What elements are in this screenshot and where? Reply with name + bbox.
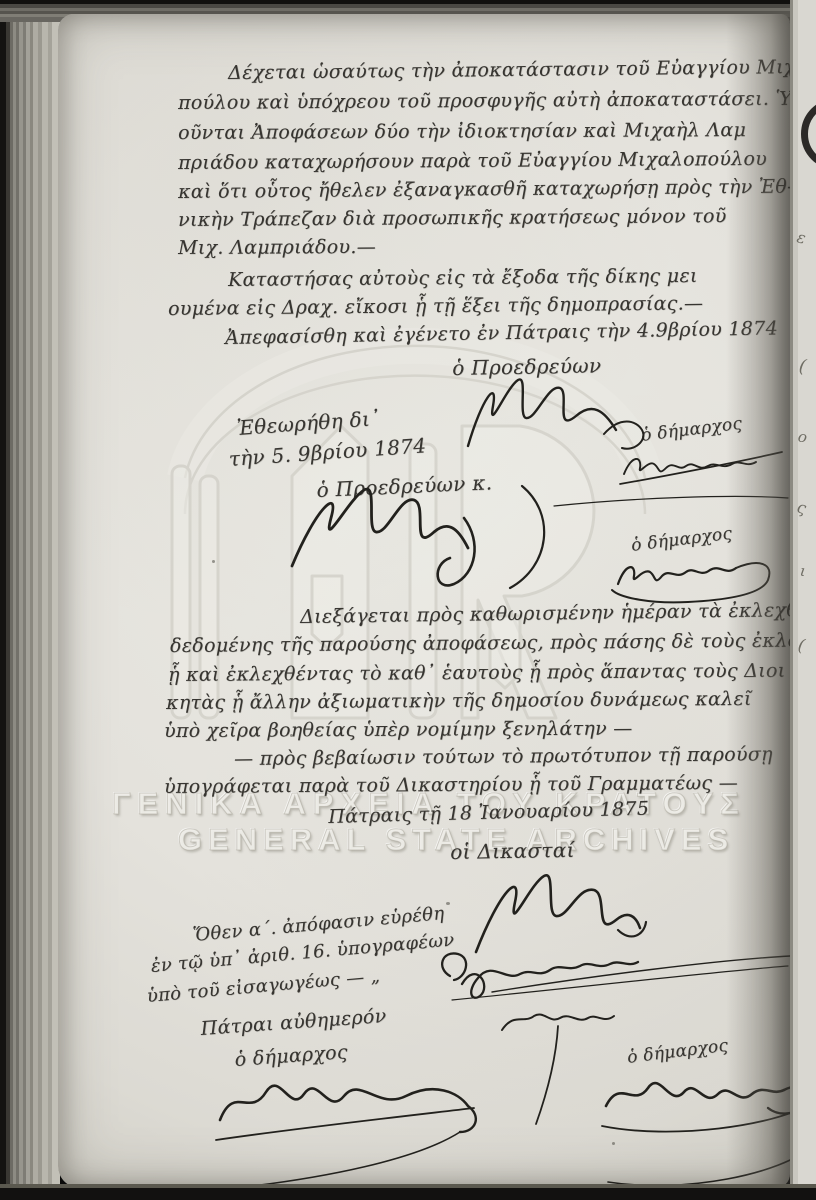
facing-page-sliver	[790, 0, 816, 1200]
handwriting-line: Μιχ. Λαμπριάδου.—	[178, 236, 376, 259]
handwriting-line: ὑπὸ χεῖρα βοηθείας ὑπὲρ νομίμην ξενηλάτη…	[164, 718, 633, 742]
handwriting-line: οἱ Δικασταί	[450, 838, 575, 864]
handwriting-line: οῦνται Ἀποφάσεων δύο τὴν ἰδιοκτησίαν καὶ…	[178, 119, 746, 144]
handwriting-line: — πρὸς βεβαίωσιν τούτων τὸ πρωτότυπον τῇ…	[234, 743, 773, 770]
paper-speck	[612, 1142, 615, 1145]
handwriting-line: ὑπογράφεται παρὰ τοῦ Δικαστηρίου ᾗ τοῦ Γ…	[164, 772, 738, 798]
signature-mayor-bottom-left	[206, 1062, 501, 1194]
handwriting-line: πούλου καὶ ὑπόχρεου τοῦ προσφυγῆς αὐτὴ ἀ…	[178, 87, 816, 114]
paper-speck	[290, 734, 293, 737]
handwriting-line: ᾗ καὶ ἐκλεχθέντας τὸ καθ᾽ ἑαυτοὺς ᾗ πρὸς…	[168, 660, 786, 686]
archival-book-photo: ΓΕΝΙΚΑ ΑΡΧΕΙΑ ΤΟΥ ΚΡΑΤΟΥΣ GENERAL STATE …	[0, 0, 816, 1200]
book-spine-page-edges	[0, 0, 60, 1200]
paper-speck	[446, 902, 450, 905]
handwriting-line: νικὴν Τράπεζαν διὰ προσωπικῆς κρατήσεως …	[178, 205, 727, 231]
signature-presiding-2	[282, 478, 587, 596]
book-bottom-edge	[0, 1184, 816, 1200]
handwriting-line: κητὰς ᾗ ἄλλην ἀξιωματικὴν τῆς δημοσίου δ…	[166, 688, 752, 714]
handwriting-line: Καταστήσας αὐτοὺς εἰς τὰ ἔξοδα τῆς δίκης…	[228, 265, 698, 291]
paper-speck	[212, 560, 215, 563]
page-gutter-shadow	[726, 14, 790, 1188]
handwriting-line: πριάδου καταχωρήσουν παρὰ τοῦ Εὐαγγίου Μ…	[178, 148, 767, 174]
